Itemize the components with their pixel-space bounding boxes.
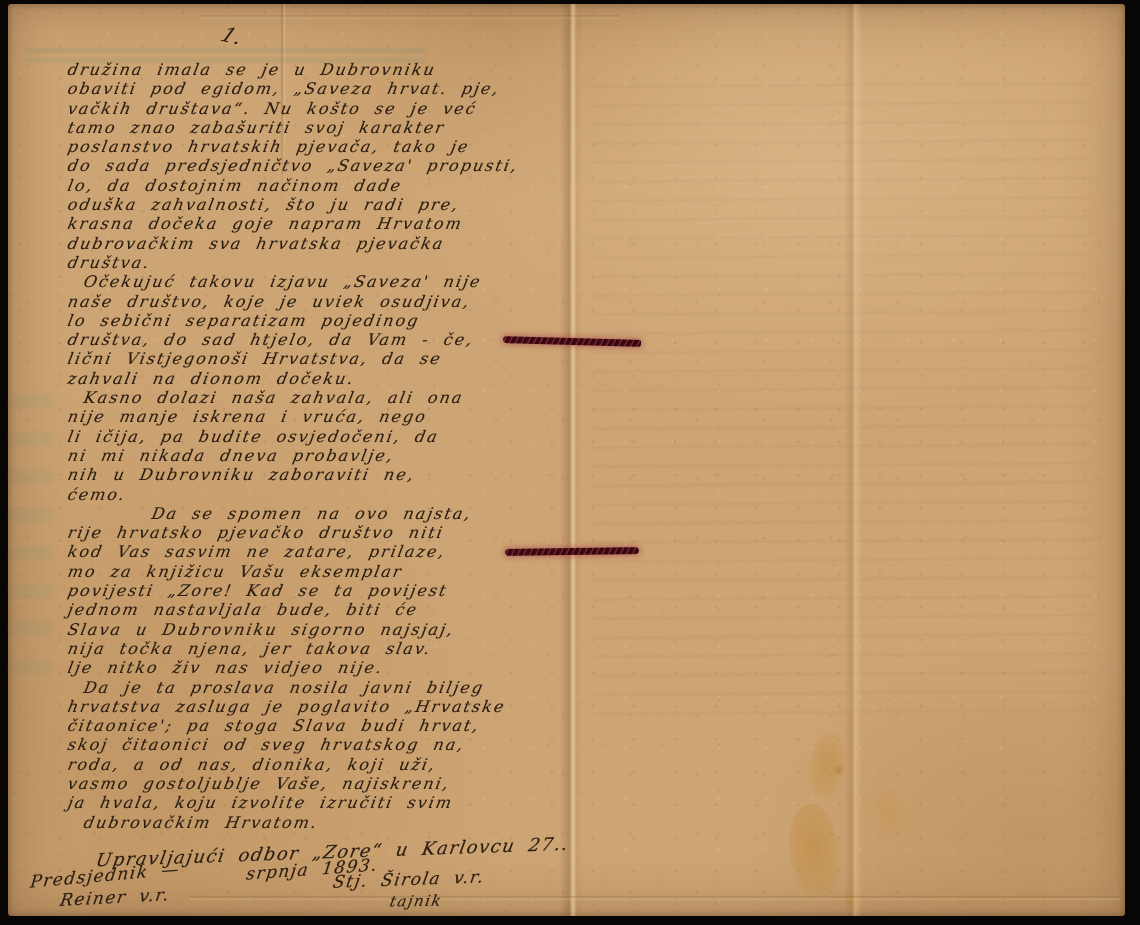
handwritten-line: lo sebični separatizam pojedinog <box>66 311 568 330</box>
handwritten-line: Slava u Dubrovniku sigorno najsjaj, <box>66 620 568 639</box>
handwritten-line: naše društvo, koje je uviek osudjiva, <box>66 292 568 311</box>
handwritten-line: hrvatstva zasluga je poglavito „Hrvatske <box>66 697 568 716</box>
handwritten-line: poslanstvo hrvatskih pjevača, tako je <box>66 137 568 156</box>
secretary-title: tajnik <box>388 892 444 911</box>
handwritten-line: skoj čitaonici od sveg hrvatskog na, <box>66 735 568 754</box>
handwritten-line: društva, do sad htjelo, da Vam - če, <box>66 330 568 349</box>
water-stain <box>804 730 850 801</box>
water-stain <box>866 783 912 843</box>
handwritten-line: krasna dočeka goje napram Hrvatom <box>66 214 568 233</box>
handwritten-line: družina imala se je u Dubrovniku <box>66 60 568 79</box>
handwritten-line: društva. <box>66 253 568 272</box>
handwritten-line: jednom nastavljala bude, biti će <box>66 600 568 619</box>
handwritten-line: Kasno dolazi naša zahvala, ali ona <box>66 388 568 407</box>
handwritten-line: oduška zahvalnosti, što ju radi pre, <box>66 195 568 214</box>
handwritten-line: do sada predsjedničtvo „Saveza' propusti… <box>66 156 568 175</box>
handwritten-line: roda, a od nas, dionika, koji uži, <box>66 755 568 774</box>
handwritten-line: ja hvala, koju izvolite izručiti svim <box>66 793 568 812</box>
water-stain <box>783 801 844 901</box>
letter-page-right <box>571 4 1125 916</box>
handwritten-line: zahvali na dionom dočeku. <box>66 369 568 388</box>
handwritten-line: Očekujuć takovu izjavu „Saveza' nije <box>66 272 568 291</box>
handwritten-line: li ičija, pa budite osvjedočeni, da <box>66 427 568 446</box>
handwritten-line: mo za knjižicu Vašu eksemplar <box>66 562 568 581</box>
handwritten-line: nih u Dubrovniku zaboraviti ne, <box>66 465 568 484</box>
letter-page-left: 1. družina imala se je u Dubrovnikuobavi… <box>8 4 571 916</box>
handwritten-line: Da je ta proslava nosila javni biljeg <box>66 678 568 697</box>
handwritten-line: lični Vistjegonoši Hrvatstva, da se <box>66 349 568 368</box>
handwritten-line: Da se spomen na ovo najsta, <box>66 504 568 523</box>
handwritten-line: obaviti pod egidom, „Saveza hrvat. pje, <box>66 79 568 98</box>
handwritten-line: nije manje iskrena i vruća, nego <box>66 407 568 426</box>
president-signature: Reiner v.r. <box>58 885 171 911</box>
ink-show-through <box>589 82 1093 715</box>
handwritten-line: vasmo gostoljublje Vaše, najiskreni, <box>66 774 568 793</box>
handwritten-line: tamo znao zabašuriti svoj karakter <box>66 118 568 137</box>
handwritten-line: lo, da dostojnim načinom dade <box>66 176 568 195</box>
page-number: 1. <box>217 23 247 49</box>
handwritten-line: nija točka njena, jer takova slav. <box>66 639 568 658</box>
handwritten-line: ćemo. <box>66 485 568 504</box>
handwritten-line: dubrovačkim sva hrvatska pjevačka <box>66 234 568 253</box>
handwritten-line: kod Vas sasvim ne zatare, prilaze, <box>66 542 568 561</box>
handwritten-line: povijesti „Zore! Kad se ta povijest <box>66 581 568 600</box>
secretary-signature: Stj. Širola v.r. <box>331 867 486 892</box>
handwritten-line: rije hrvatsko pjevačko društvo niti <box>66 523 568 542</box>
edge-show-through <box>8 394 52 674</box>
water-stain <box>833 764 845 776</box>
handwritten-line: čitaonice'; pa stoga Slava budi hrvat, <box>66 716 568 735</box>
handwritten-line: lje nitko živ nas vidjeo nije. <box>66 658 568 677</box>
scanned-letter-document: 1. družina imala se je u Dubrovnikuobavi… <box>0 0 1140 925</box>
handwritten-line: ni mi nikada dneva probavlje, <box>66 446 568 465</box>
handwritten-line: vačkih društava“. Nu košto se je već <box>66 99 568 118</box>
water-stain <box>843 888 861 912</box>
letter-body: družina imala se je u Dubrovnikuobaviti … <box>66 60 564 832</box>
handwritten-line: dubrovačkim Hrvatom. <box>66 813 568 832</box>
